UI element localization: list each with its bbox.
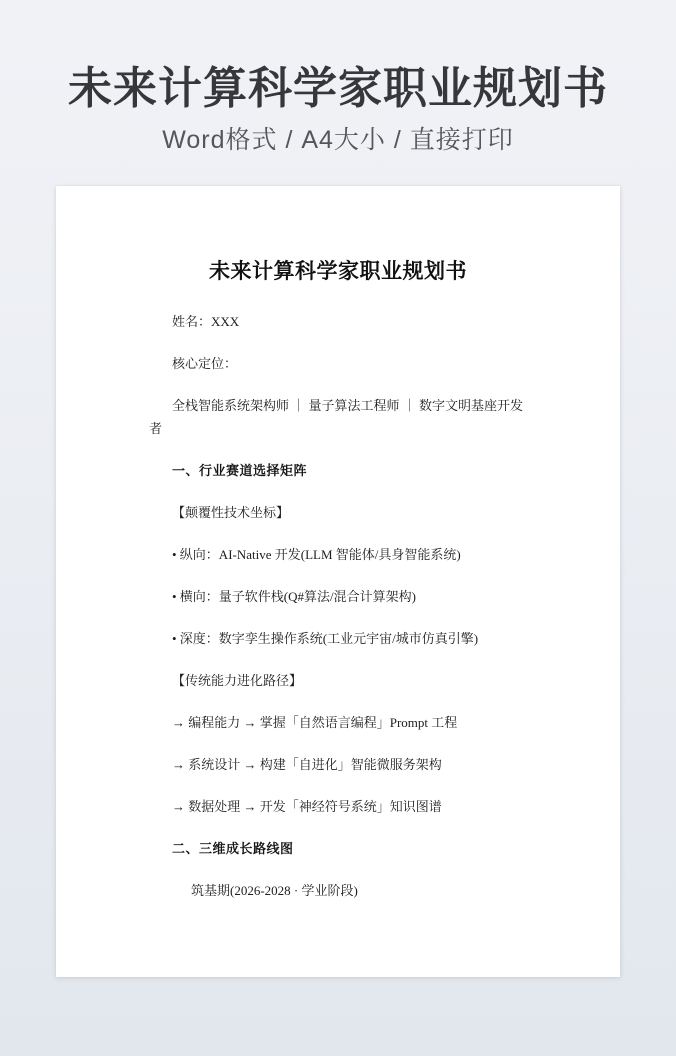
banner-title: 未来计算科学家职业规划书 — [0, 66, 676, 112]
tech-coordinates-bracket-heading: 【颠覆性技术坐标】 — [149, 501, 531, 524]
position-label-line: 核心定位： — [149, 352, 531, 375]
banner-header: 未来计算科学家职业规划书 Word格式 / A4大小 / 直接打印 — [0, 0, 676, 156]
foundation-phase-line: 筑基期(2026-2028 · 学业阶段) — [149, 879, 531, 902]
roles-line-1: 全栈智能系统架构师 ｜ 量子算法工程师 ｜ 数字文明基座开发 — [149, 394, 531, 417]
banner-subtitle: Word格式 / A4大小 / 直接打印 — [0, 124, 676, 156]
arrow-system-design: → 系统设计 → 构建「自进化」智能微服务架构 — [149, 753, 531, 776]
roles-line-2: 者 — [149, 417, 531, 440]
document-title: 未来计算科学家职业规划书 — [56, 186, 620, 283]
evolution-path-bracket-heading: 【传统能力进化路径】 — [149, 669, 531, 692]
document-page: 未来计算科学家职业规划书 姓名：XXX 核心定位： 全栈智能系统架构师 ｜ 量子… — [56, 186, 620, 977]
bullet-depth-direction: • 深度：数字孪生操作系统(工业元宇宙/城市仿真引擎) — [149, 627, 531, 650]
document-body: 姓名：XXX 核心定位： 全栈智能系统架构师 ｜ 量子算法工程师 ｜ 数字文明基… — [56, 310, 620, 902]
section-1-heading: 一、行业赛道选择矩阵 — [149, 459, 531, 482]
bullet-vertical-direction: • 纵向：AI-Native 开发(LLM 智能体/具身智能系统) — [149, 543, 531, 566]
document-content: 未来计算科学家职业规划书 姓名：XXX 核心定位： 全栈智能系统架构师 ｜ 量子… — [56, 186, 620, 902]
section-2-heading: 二、三维成长路线图 — [149, 837, 531, 860]
bullet-horizontal-direction: • 横向：量子软件栈(Q#算法/混合计算架构) — [149, 585, 531, 608]
name-line: 姓名：XXX — [149, 310, 531, 333]
arrow-programming-skill: → 编程能力 → 掌握「自然语言编程」Prompt 工程 — [149, 711, 531, 734]
roles-paragraph: 全栈智能系统架构师 ｜ 量子算法工程师 ｜ 数字文明基座开发 者 — [149, 394, 531, 440]
arrow-data-processing: → 数据处理 → 开发「神经符号系统」知识图谱 — [149, 795, 531, 818]
